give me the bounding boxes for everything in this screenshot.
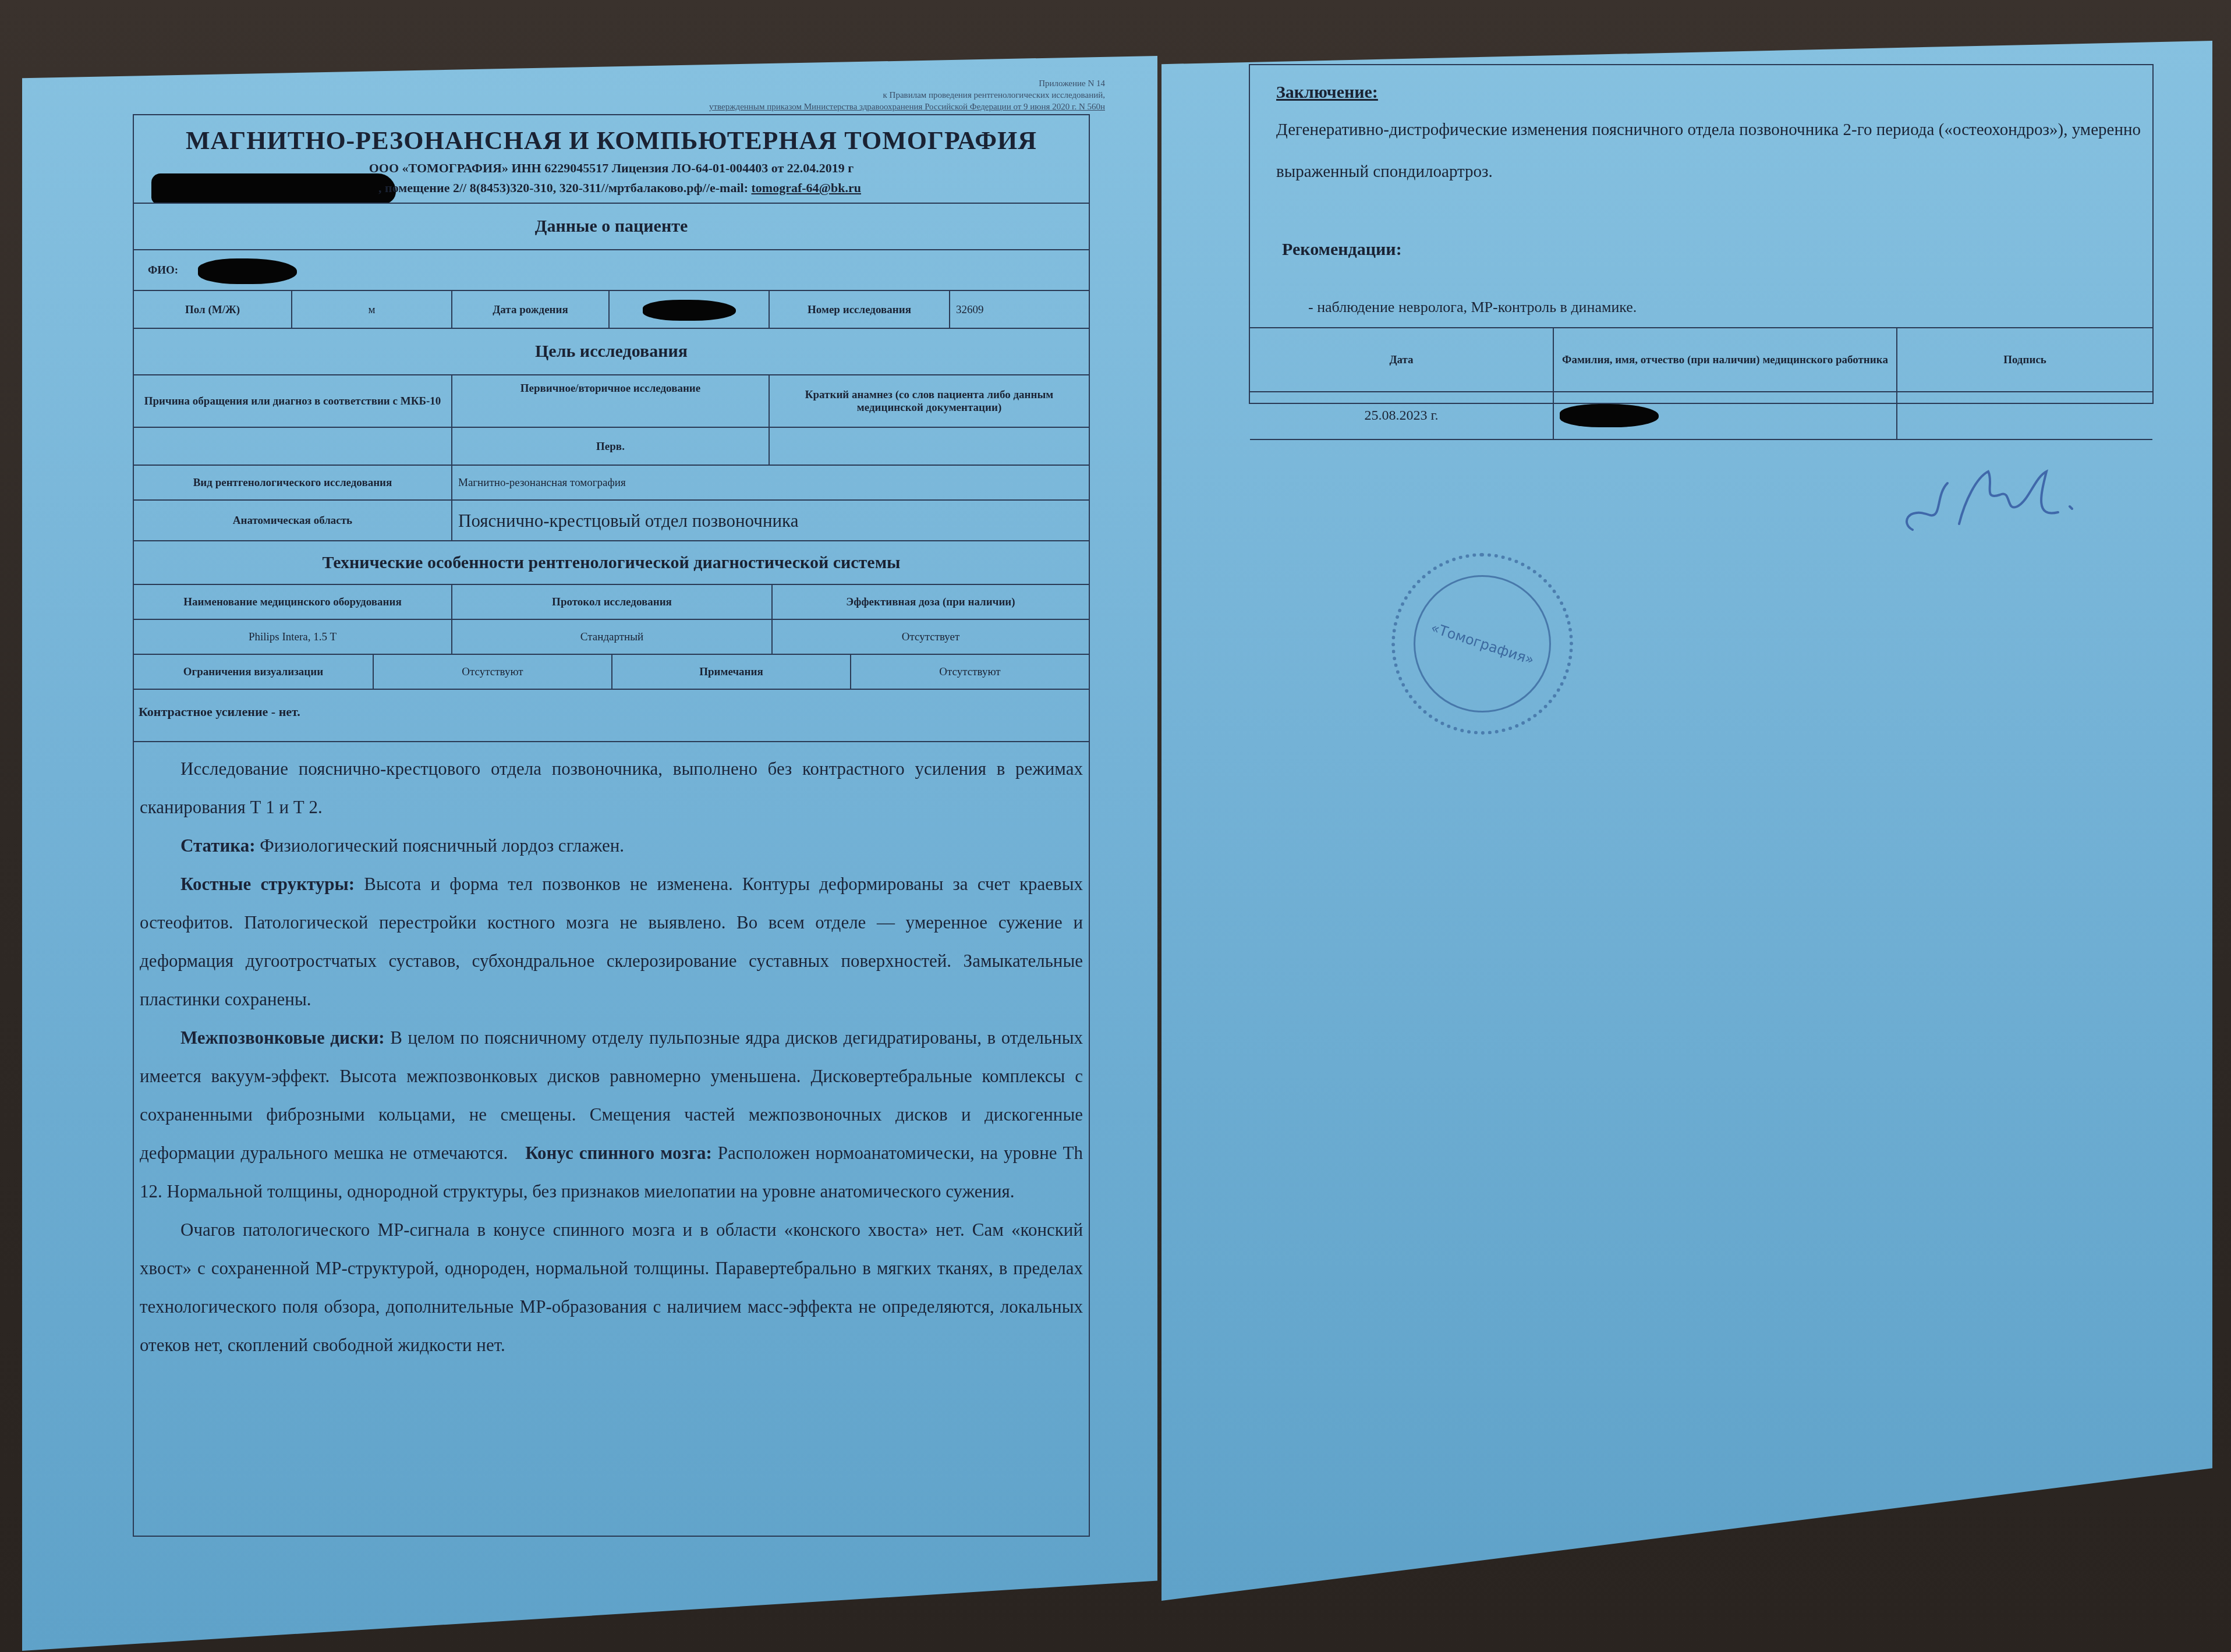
patient-info-row: Пол (М/Ж) м Дата рождения Номер исследов… [134, 290, 1089, 329]
anamnesis-header: Краткий анамнез (со слов пациента либо д… [769, 375, 1089, 428]
signature-header-row: Дата Фамилия, имя, отчество (при наличии… [1250, 327, 2152, 392]
contrast-note: Контрастное усиление - нет. [139, 704, 300, 719]
purpose-section-title: Цель исследования [134, 342, 1089, 361]
protocol-header: Протокол исследования [451, 585, 771, 620]
report-page-right: Заключение: Дегенеративно-дистрофические… [1161, 41, 2212, 1601]
appendix-line: Приложение N 14 [581, 78, 1105, 90]
description-paragraph: Статика: Физиологический поясничный лорд… [140, 827, 1083, 865]
signature-header: Подпись [1896, 328, 2152, 392]
technical-section-title: Технические особенности рентгенологическ… [134, 553, 1089, 573]
equipment-header: Наименование медицинского оборудования [134, 585, 451, 620]
patient-section-title: Данные о пациенте [134, 217, 1089, 236]
clinic-title: МАГНИТНО-РЕЗОНАНСНАЯ И КОМПЬЮТЕРНАЯ ТОМО… [134, 126, 1089, 155]
study-type-label: Вид рентгенологического исследования [134, 466, 451, 501]
bone-structures-label: Костные структуры: [180, 874, 355, 894]
birth-date-value [608, 291, 769, 329]
notes-value: Отсутствуют [850, 655, 1089, 690]
birth-date-label: Дата рождения [451, 291, 608, 329]
equipment-value: Philips Intera, 1.5 T [134, 620, 451, 655]
conclusion-title: Заключение: [1276, 83, 1378, 102]
appendix-line: к Правилам проведения рентгенологических… [581, 90, 1105, 101]
recommendations-text: - наблюдение невролога, МР-контроль в ди… [1308, 286, 1637, 328]
description-paragraph: Исследование пояснично-крестцового отдел… [140, 750, 1083, 827]
study-description: Исследование пояснично-крестцового отдел… [140, 750, 1083, 1364]
description-paragraph: Межпозвонковые диски: В целом по пояснич… [140, 1019, 1083, 1211]
handwritten-signature [1895, 460, 2128, 541]
study-type-value: Магнитно-резонансная томография [451, 466, 1089, 501]
study-number-value: 32609 [949, 291, 1007, 329]
description-text: Исследование пояснично-крестцового отдел… [140, 758, 1083, 817]
anatomic-region-label: Анатомическая область [134, 501, 451, 541]
report-date: 25.08.2023 г. [1250, 392, 1553, 439]
notes-label: Примечания [611, 655, 850, 690]
patient-fio-row: ФИО: [134, 249, 1089, 291]
diagnosis-header: Причина обращения или диагноз в соответс… [134, 375, 451, 428]
redaction-fio [198, 258, 297, 284]
purpose-header-row: Причина обращения или диагноз в соответс… [134, 374, 1089, 428]
address-text: , помещение 2// 8(8453)320-310, 320-311/… [378, 180, 752, 195]
dose-header: Эффективная доза (при наличии) [771, 585, 1089, 620]
study-type-row: Вид рентгенологического исследования Маг… [134, 465, 1089, 501]
description-divider [134, 741, 1089, 742]
conclusion-frame: Заключение: Дегенеративно-дистрофические… [1249, 64, 2154, 404]
technical-value-row: Philips Intera, 1.5 T Стандартный Отсутс… [134, 619, 1089, 655]
description-paragraph: Очагов патологического МР-сигнала в кону… [140, 1211, 1083, 1364]
anatomic-region-value: Пояснично-крестцовый отдел позвоночника [451, 501, 1089, 541]
sex-value: м [291, 291, 451, 329]
anatomic-region-row: Анатомическая область Пояснично-крестцов… [134, 499, 1089, 541]
recommendations-title: Рекомендации: [1282, 240, 1402, 260]
study-number-label: Номер исследования [769, 291, 949, 329]
stamp-inner-circle: «Томография» [1414, 575, 1551, 712]
discs-label: Межпозвонковые диски: [180, 1027, 385, 1048]
fio-label: ФИО: [134, 250, 192, 291]
visualization-limits-value: Отсутствуют [373, 655, 611, 690]
stamp-text: «Томография» [1429, 619, 1536, 668]
purpose-value-row: Перв. [134, 427, 1089, 466]
statics-text: Физиологический поясничный лордоз сглаже… [256, 835, 625, 856]
conus-label: Конус спинного мозга: [525, 1143, 712, 1163]
clinic-address-line: , помещение 2// 8(8453)320-310, 320-311/… [378, 180, 1089, 196]
signature-cell [1896, 392, 2152, 439]
appendix-note: Приложение N 14 к Правилам проведения ре… [581, 78, 1105, 113]
signature-table: Дата Фамилия, имя, отчество (при наличии… [1250, 327, 2152, 438]
organization-stamp: «Томография» [1391, 553, 1573, 735]
dose-value: Отсутствует [771, 620, 1089, 655]
doctor-name-value [1553, 392, 1896, 439]
conclusion-text: Дегенеративно-дистрофические изменения п… [1276, 109, 2141, 193]
purpose-section-header: Цель исследования [134, 328, 1089, 375]
appendix-line: утвержденным приказом Министерства здрав… [581, 101, 1105, 113]
description-paragraph: Костные структуры: Высота и форма тел по… [140, 865, 1083, 1019]
redaction-address [151, 173, 396, 204]
primary-secondary-value: Перв. [451, 428, 769, 466]
redaction-doctor-name [1560, 404, 1659, 427]
statics-label: Статика: [180, 835, 256, 856]
report-page-left: Приложение N 14 к Правилам проведения ре… [22, 56, 1157, 1651]
doctor-name-header: Фамилия, имя, отчество (при наличии) мед… [1553, 328, 1896, 392]
technical-header-row: Наименование медицинского оборудования П… [134, 584, 1089, 620]
date-header: Дата [1250, 328, 1553, 392]
limits-row: Ограничения визуализации Отсутствуют При… [134, 654, 1089, 690]
primary-secondary-header: Первичное/вторичное исследование [451, 375, 769, 428]
technical-section-header: Технические особенности рентгенологическ… [134, 540, 1089, 585]
protocol-value: Стандартный [451, 620, 771, 655]
patient-section-header: Данные о пациенте [134, 203, 1089, 250]
cauda-equina-text: Очагов патологического МР-сигнала в кону… [140, 1219, 1083, 1355]
visualization-limits-label: Ограничения визуализации [134, 655, 373, 690]
signature-value-row: 25.08.2023 г. [1250, 391, 2152, 440]
contrast-row: Контрастное усиление - нет. [134, 689, 1089, 742]
clinic-email-link[interactable]: tomograf-64@bk.ru [752, 180, 862, 195]
sex-label: Пол (М/Ж) [134, 291, 291, 329]
report-form: МАГНИТНО-РЕЗОНАНСНАЯ И КОМПЬЮТЕРНАЯ ТОМО… [133, 114, 1090, 1537]
diagnosis-value [134, 428, 451, 466]
anamnesis-value [769, 428, 1089, 466]
redaction-birth-date [643, 300, 736, 321]
